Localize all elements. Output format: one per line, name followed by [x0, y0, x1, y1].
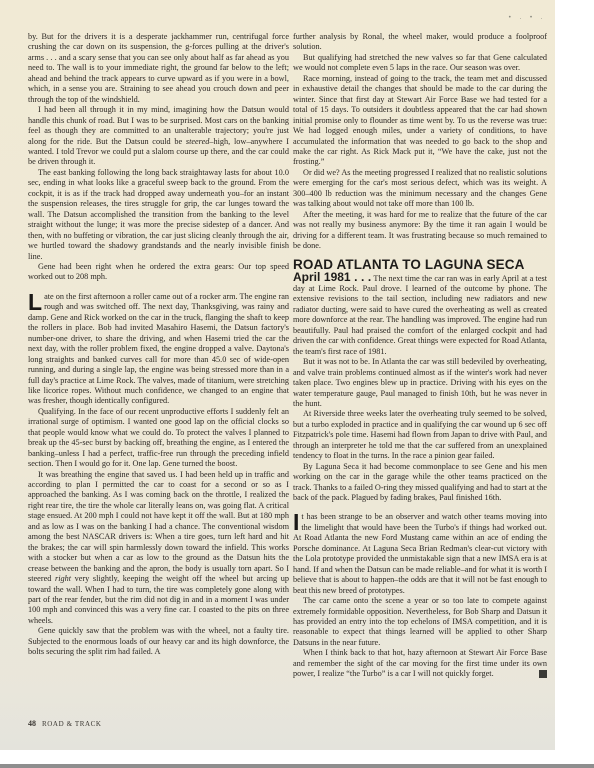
paragraph: By Laguna Seca it had become commonplace…: [293, 462, 547, 504]
lead-in: April 1981 . . .: [293, 270, 371, 284]
paragraph: It was breathing the engine that saved u…: [28, 470, 289, 627]
page-number: 48: [28, 719, 36, 728]
drop-cap: I: [293, 513, 299, 532]
paragraph: Gene quickly saw that the problem was wi…: [28, 626, 289, 657]
paragraph: I had been all through it in my mind, im…: [28, 105, 289, 168]
paragraph: The car came onto the scene a year or so…: [293, 596, 547, 648]
drop-cap: L: [28, 293, 42, 312]
paragraph: The east banking following the long back…: [28, 168, 289, 262]
paragraph: But qualifying had stretched the new val…: [293, 53, 547, 74]
right-column: further analysis by Ronal, the wheel mak…: [293, 32, 547, 680]
page-folio: 48ROAD & TRACK: [28, 719, 102, 728]
paragraph: by. But for the drivers it is a desperat…: [28, 32, 289, 105]
paragraph: Gene had been right when he ordered the …: [28, 262, 289, 283]
paragraph: Or did we? As the meeting progressed I r…: [293, 168, 547, 210]
left-column: by. But for the drivers it is a desperat…: [28, 32, 289, 658]
paragraph: At Riverside three weeks later the overh…: [293, 409, 547, 461]
bottom-border: [0, 764, 594, 768]
paragraph: Qualifying. In the face of our recent un…: [28, 407, 289, 470]
paragraph: Race morning, instead of going to the tr…: [293, 74, 547, 168]
print-specks: • . • .: [508, 14, 546, 21]
paragraph-with-dropcap: It has been strange to be an observer an…: [293, 512, 547, 596]
paragraph: After the meeting, it was hard for me to…: [293, 210, 547, 252]
end-of-article-icon: R: [539, 670, 547, 678]
paragraph: When I think back to that hot, hazy afte…: [293, 648, 547, 679]
paragraph: further analysis by Ronal, the wheel mak…: [293, 32, 547, 53]
publication-name: ROAD & TRACK: [42, 720, 102, 728]
paragraph: April 1981 . . . The next time the car r…: [293, 272, 547, 358]
paragraph: But it was not to be. In Atlanta the car…: [293, 357, 547, 409]
paragraph-with-dropcap: Late on the first afternoon a roller cam…: [28, 292, 289, 407]
